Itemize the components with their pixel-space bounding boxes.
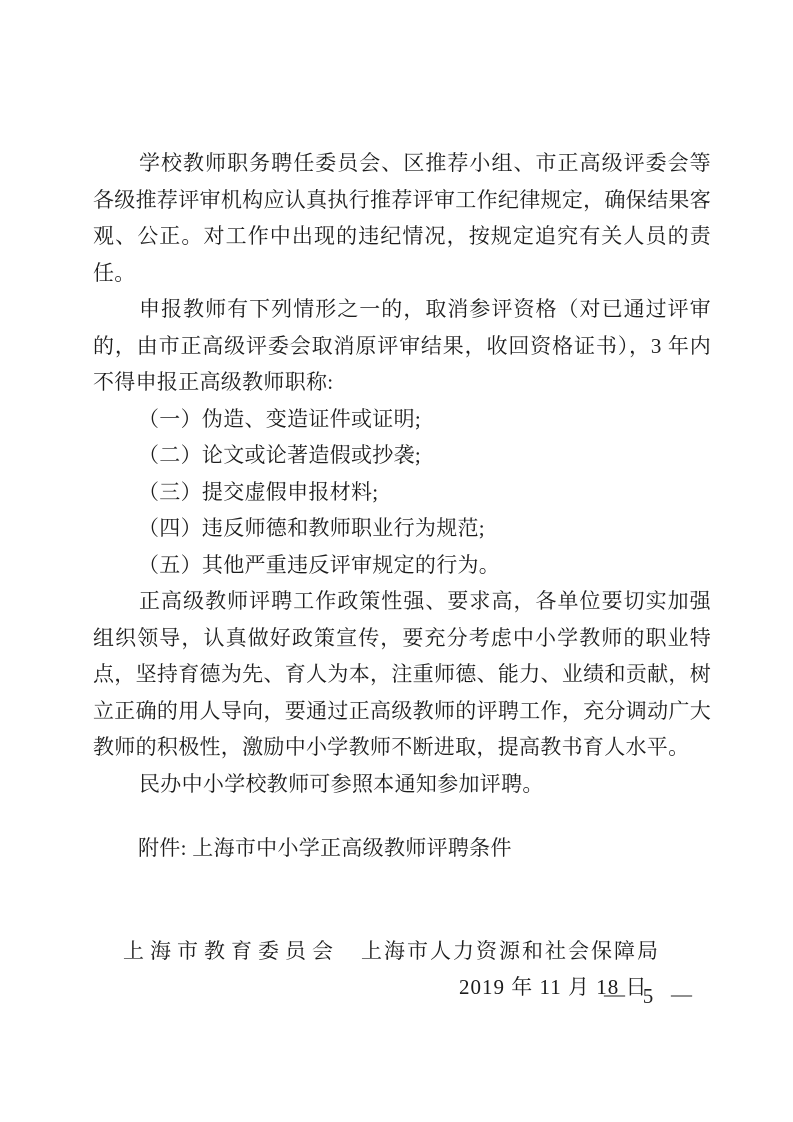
attachment-line: 附件: 上海市中小学正高级教师评聘条件: [93, 830, 711, 867]
list-item-5: （五）其他严重违反评审规定的行为。: [93, 547, 711, 584]
signature-row: 上海市教育委员会 上海市人力资源和社会保障局: [93, 933, 711, 970]
document-page: 学校教师职务聘任委员会、区推荐小组、市正高级评委会等各级推荐评审机构应认真执行推…: [0, 0, 793, 1122]
paragraph-discipline: 学校教师职务聘任委员会、区推荐小组、市正高级评委会等各级推荐评审机构应认真执行推…: [93, 145, 711, 291]
list-item-3: （三）提交虚假申报材料;: [93, 474, 711, 511]
paragraph-importance: 正高级教师评聘工作政策性强、要求高，各单位要切实加强组织领导，认真做好政策宣传，…: [93, 583, 711, 766]
document-body: 学校教师职务聘任委员会、区推荐小组、市正高级评委会等各级推荐评审机构应认真执行推…: [93, 145, 711, 1006]
page-number: 5: [643, 984, 654, 1009]
paragraph-disqualification: 申报教师有下列情形之一的，取消参评资格（对已通过评审的，由市正高级评委会取消原评…: [93, 291, 711, 401]
footer-dash-right: —: [671, 982, 692, 1007]
list-item-1: （一）伪造、变造证件或证明;: [93, 401, 711, 438]
paragraph-private-schools: 民办中小学校教师可参照本通知参加评聘。: [93, 766, 711, 803]
list-item-2: （二）论文或论著造假或抄袭;: [93, 437, 711, 474]
issuer-human-resources-bureau: 上海市人力资源和社会保障局: [361, 933, 660, 970]
page-footer: — 5 —: [604, 984, 692, 1009]
issuer-education-commission: 上海市教育委员会: [123, 933, 339, 970]
footer-dash-left: —: [604, 982, 625, 1007]
list-item-4: （四）违反师德和教师职业行为规范;: [93, 510, 711, 547]
